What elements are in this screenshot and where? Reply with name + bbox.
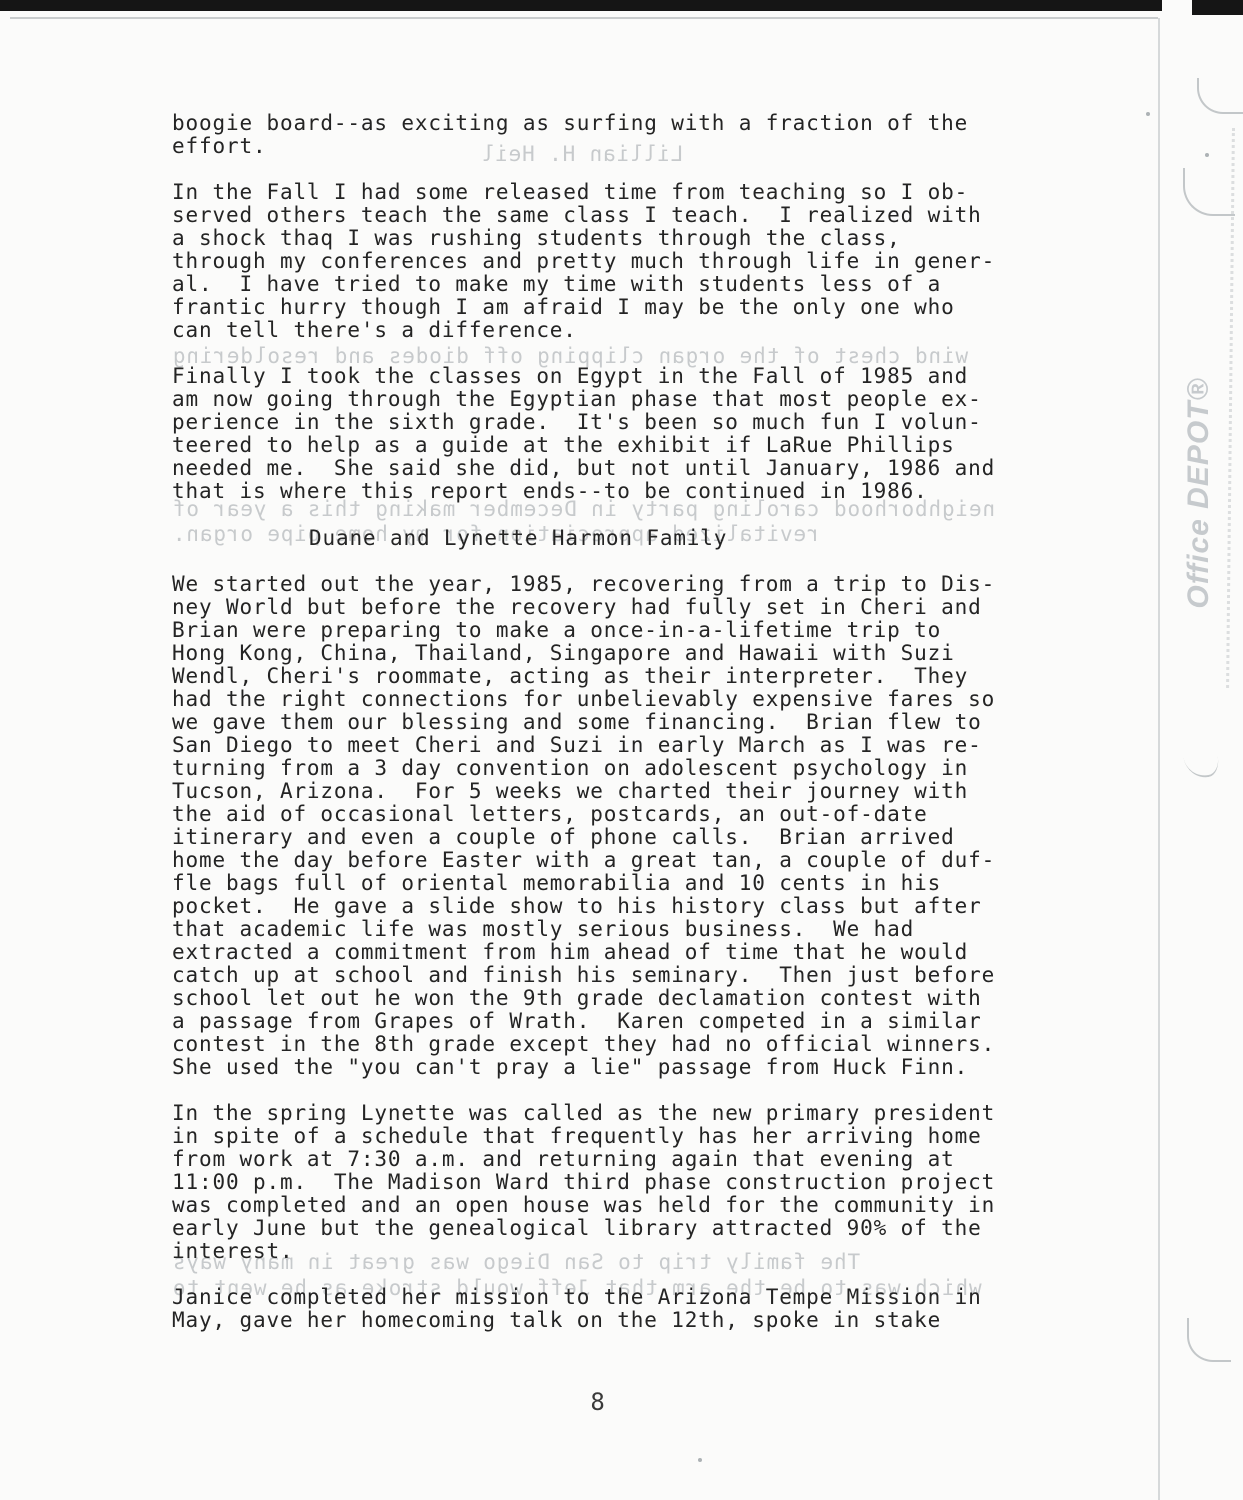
scan-speck <box>1205 153 1209 157</box>
section-heading: Duane and Lynette Harmon Family <box>172 527 1024 550</box>
office-depot-watermark: Office DEPOT® <box>1182 377 1216 609</box>
paragraph-released-time: In the Fall I had some released time fro… <box>172 181 1024 342</box>
page-curl-mark <box>1183 168 1235 216</box>
page-number: 8 <box>172 1388 1024 1416</box>
typewritten-text: boogie board--as exciting as surfing wit… <box>172 112 1024 1355</box>
sheet-right-edge-line <box>1158 18 1160 1500</box>
paragraph-harmon-year: We started out the year, 1985, recoverin… <box>172 573 1024 1079</box>
scanned-page: Lillian H. Heil wind chest of the organ … <box>0 0 1243 1500</box>
sheet-top-edge-line <box>10 17 1158 19</box>
page-curl-mark <box>1183 749 1221 781</box>
scan-speck <box>1146 112 1150 116</box>
paragraph-egypt-classes: Finally I took the classes on Egypt in t… <box>172 365 1024 503</box>
scan-edge-bar <box>0 0 1162 11</box>
paragraph-lynette-primary: In the spring Lynette was called as the … <box>172 1102 1024 1263</box>
scan-edge-bar-corner <box>1192 0 1243 15</box>
paragraph-janice-mission: Janice completed her mission to the Ariz… <box>172 1286 1024 1332</box>
paragraph-boogie-board: boogie board--as exciting as surfing wit… <box>172 112 1024 158</box>
page-curl-mark <box>1197 78 1243 114</box>
page-curl-mark <box>1187 1318 1231 1362</box>
scan-speck <box>698 1458 702 1462</box>
